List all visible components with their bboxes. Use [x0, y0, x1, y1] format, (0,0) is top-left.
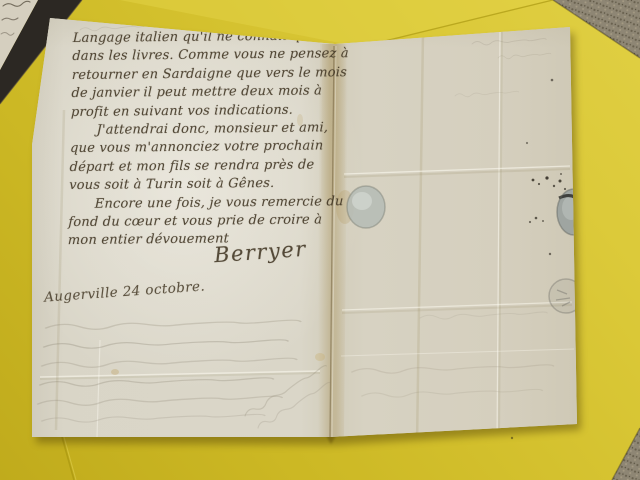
handwriting-line: J'attendrai donc, monsieur et ami, [70, 119, 370, 141]
photo-of-handwritten-letter: Langage italien qu'il ne connaît que dan… [0, 0, 640, 480]
dust-speck [511, 437, 513, 439]
letter-text: Langage italien qu'il ne connaît que dan… [68, 27, 373, 251]
handwriting-line: retourner en Sardaigne que vers le mois [72, 64, 372, 86]
handwriting-line: Encore une fois, je vous remercie du [69, 192, 369, 214]
folder-crease [62, 437, 76, 480]
carpet-bottom-right [612, 428, 640, 480]
letter-sheet: Langage italien qu'il ne connaît que dan… [0, 0, 640, 480]
